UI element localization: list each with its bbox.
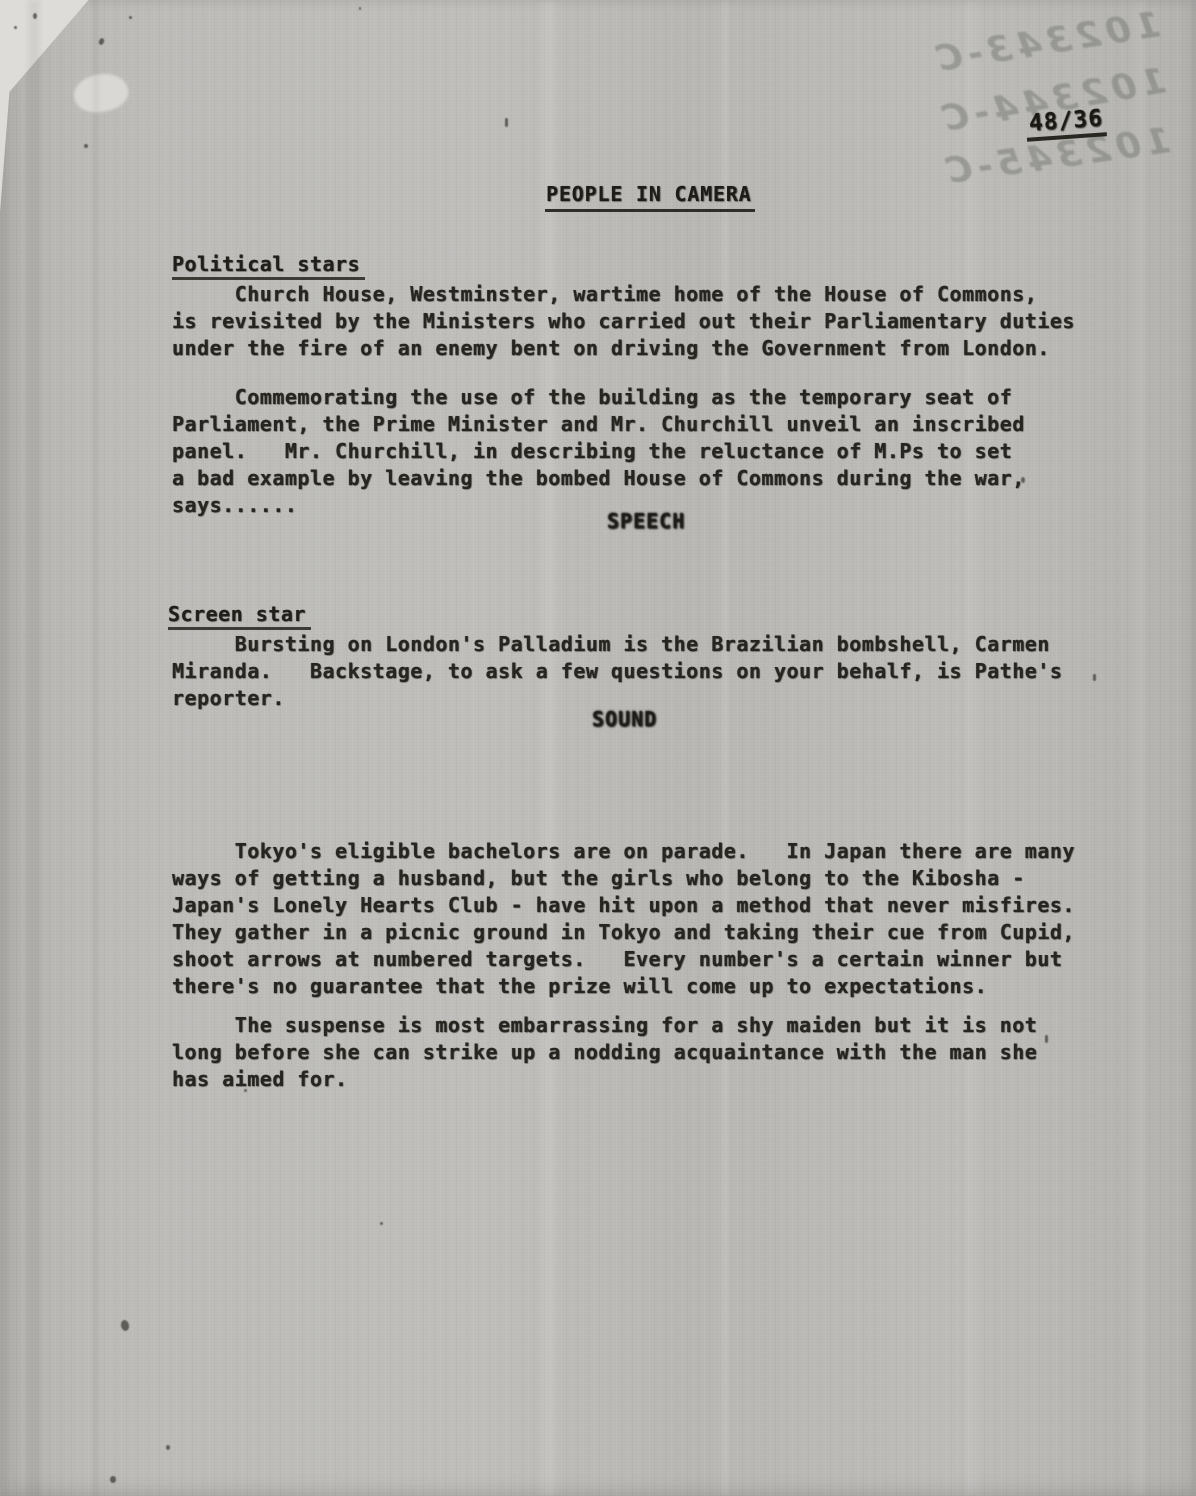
page-corner-tear <box>0 0 92 214</box>
section-heading-political-stars: Political stars <box>172 252 365 280</box>
text-line: there's no guarantee that the prize will… <box>172 973 1075 1000</box>
paper-tear-spot <box>70 68 132 118</box>
paper-speck <box>110 1476 116 1483</box>
paragraph: The suspense is most embarrassing for a … <box>172 1012 1037 1093</box>
section-heading-screen-star: Screen star <box>168 602 311 630</box>
text-line: Bursting on London's Palladium is the Br… <box>172 631 1062 658</box>
paper-speck <box>166 1445 170 1450</box>
text-line: is revisited by the Ministers who carrie… <box>172 308 1075 335</box>
text-line: under the fire of an enemy bent on drivi… <box>172 335 1075 362</box>
paper-speck <box>129 16 132 19</box>
paper-crease <box>720 0 729 1496</box>
paper-speck <box>359 7 361 10</box>
paper-crease <box>28 0 40 1496</box>
text-line: long before she can strike up a nodding … <box>172 1039 1037 1066</box>
paper-speck <box>1045 1035 1048 1043</box>
document-title: PEOPLE IN CAMERA <box>545 182 755 212</box>
cue-sound: SOUND <box>592 707 657 731</box>
paper-crease <box>966 0 977 1496</box>
paper-crease <box>94 0 98 1496</box>
text-line: a bad example by leaving the bombed Hous… <box>172 465 1025 492</box>
paragraph: Church House, Westminster, wartime home … <box>172 281 1075 362</box>
text-line: Miranda. Backstage, to ask a few questio… <box>172 658 1062 685</box>
text-line: The suspense is most embarrassing for a … <box>172 1012 1037 1039</box>
scanned-document-page: 102343-C 102344-C 102345-C 48/36 PEOPLE … <box>0 0 1196 1496</box>
paragraph: Commemorating the use of the building as… <box>172 384 1025 519</box>
paper-speck <box>380 1222 383 1225</box>
text-line: Church House, Westminster, wartime home … <box>172 281 1075 308</box>
paper-speck <box>505 118 508 127</box>
paper-speck <box>1093 674 1096 681</box>
text-line: has aimed for. <box>172 1066 1037 1093</box>
text-line: Japan's Lonely Hearts Club - have hit up… <box>172 892 1075 919</box>
paper-speck <box>14 26 17 29</box>
text-line: says...... <box>172 492 1025 519</box>
text-line: panel. Mr. Churchill, in describing the … <box>172 438 1025 465</box>
paper-crease <box>541 0 557 1496</box>
paragraph: Tokyo's eligible bachelors are on parade… <box>172 838 1075 1000</box>
text-line: Parliament, the Prime Minister and Mr. C… <box>172 411 1025 438</box>
text-line: shoot arrows at numbered targets. Every … <box>172 946 1075 973</box>
reference-number: 48/36 <box>1025 105 1107 142</box>
text-line: They gather in a picnic ground in Tokyo … <box>172 919 1075 946</box>
paper-speck <box>98 37 105 45</box>
paper-speck <box>33 13 37 19</box>
paper-crease <box>1136 0 1143 1496</box>
cue-speech: SPEECH <box>607 509 685 533</box>
paper-speck <box>120 1319 130 1331</box>
paragraph: Bursting on London's Palladium is the Br… <box>172 631 1062 712</box>
text-line: Tokyo's eligible bachelors are on parade… <box>172 838 1075 865</box>
paper-speck <box>84 144 88 148</box>
text-line: Commemorating the use of the building as… <box>172 384 1025 411</box>
text-line: ways of getting a husband, but the girls… <box>172 865 1075 892</box>
